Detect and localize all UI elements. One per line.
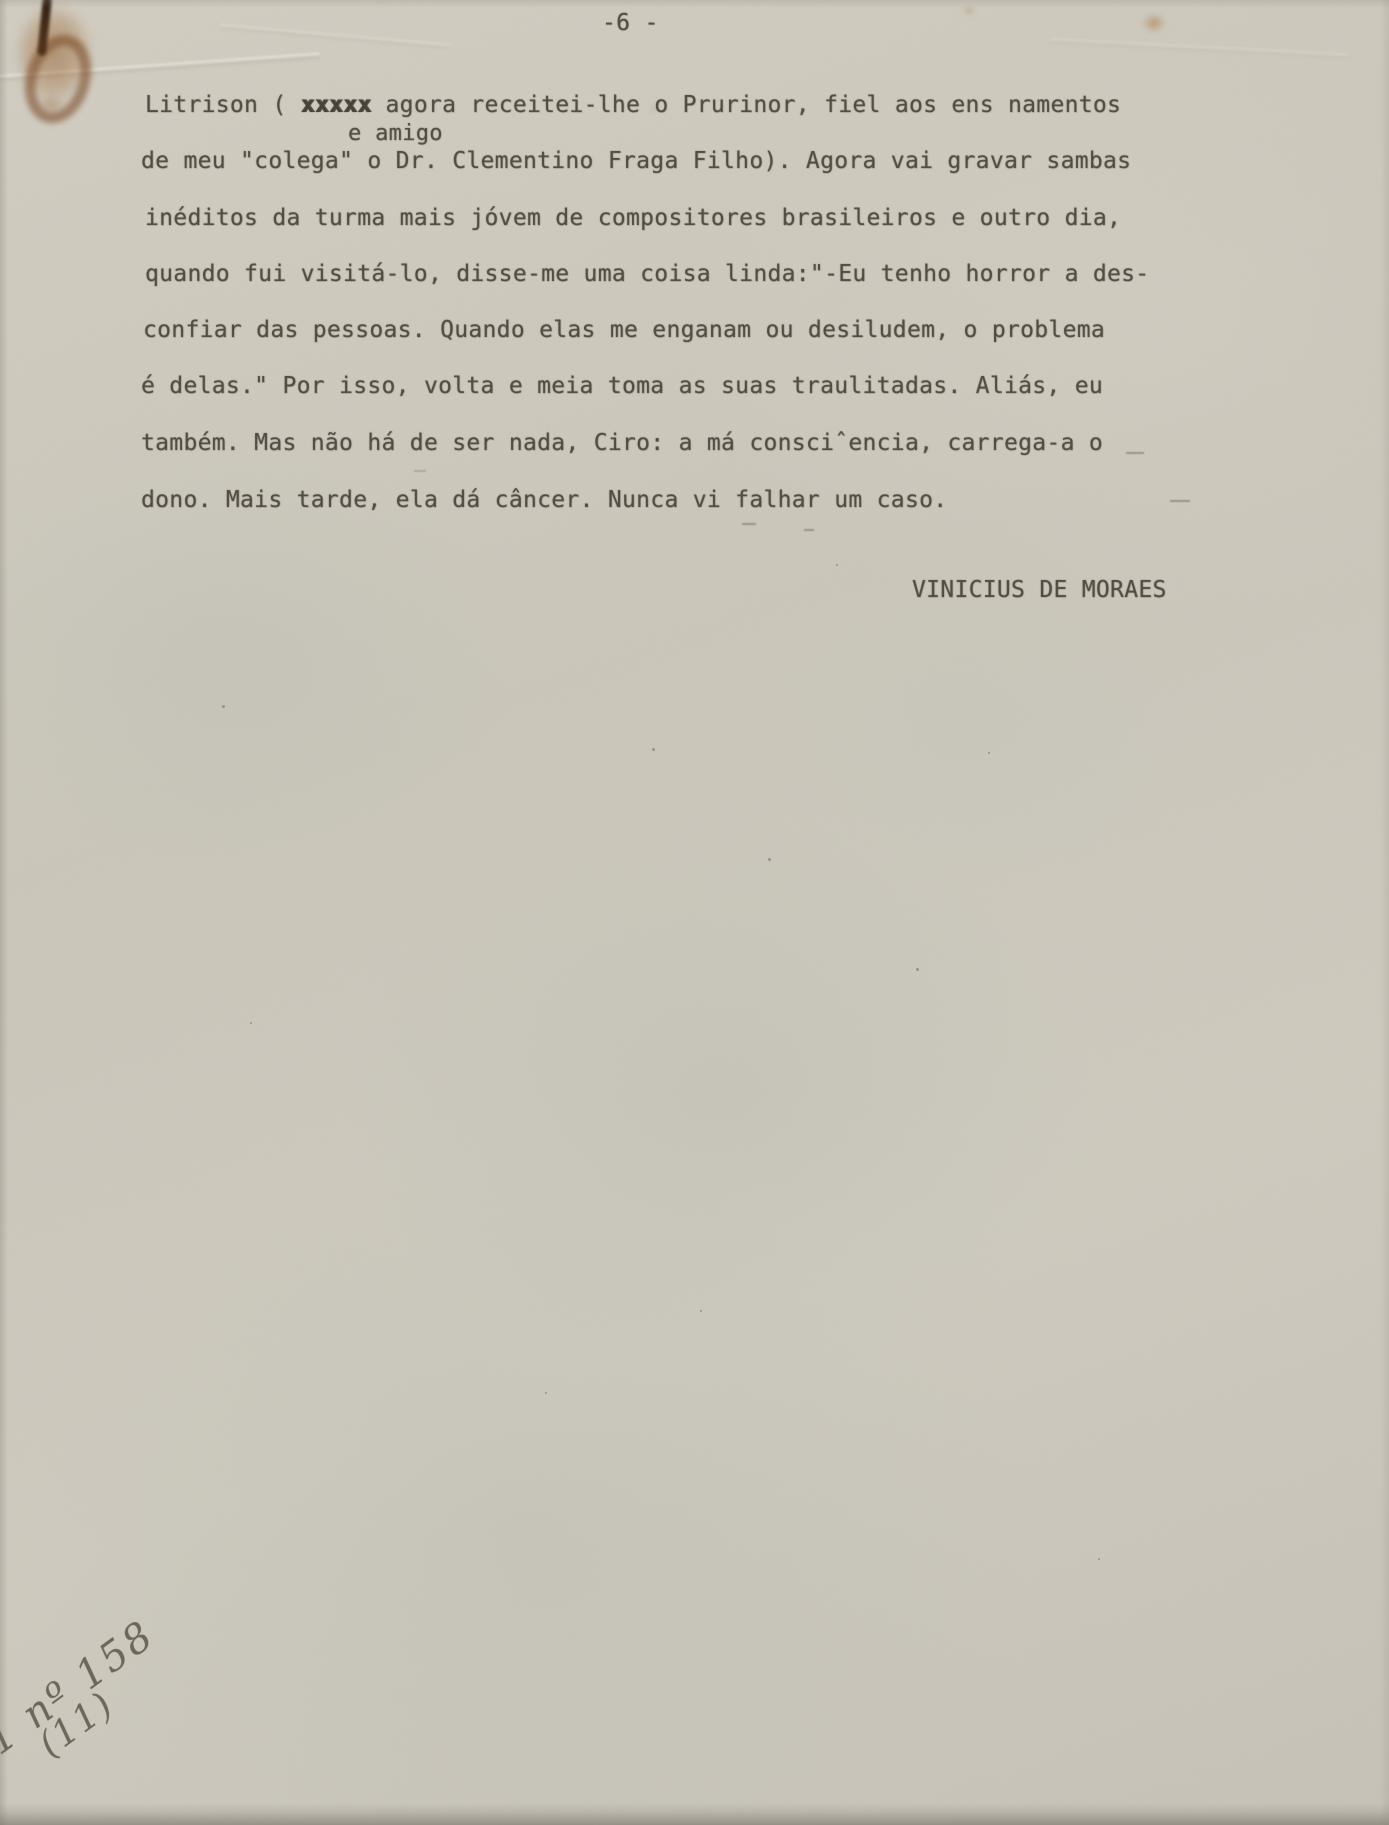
body-line-4: quando fui visitá-lo, disse-me uma coisa…	[145, 261, 1149, 287]
overstruck-text: xxxxx	[301, 92, 372, 118]
inserted-correction: e amigo	[348, 121, 443, 146]
page-bottom-edge	[0, 1803, 1389, 1825]
page-number: -6 -	[602, 10, 659, 36]
line1-pre: Litrison (	[145, 92, 301, 118]
body-line-1: Litrison ( xxxxx agora receitei-lhe o Pr…	[145, 92, 1121, 118]
paper-speck	[700, 1310, 702, 1312]
ink-stain	[4, 0, 104, 118]
paper-speck	[545, 1392, 547, 1394]
line1-post: agora receitei-lhe o Prurinor, fiel aos …	[371, 92, 1121, 118]
pencil-dash	[742, 523, 756, 525]
page-right-edge	[1380, 0, 1389, 1825]
body-line-8: dono. Mais tarde, ela dá câncer. Nunca v…	[141, 487, 947, 513]
body-line-6: é delas." Por isso, volta e meia toma as…	[141, 373, 1103, 399]
pencil-dash	[804, 529, 814, 531]
pencil-dash	[414, 470, 426, 472]
ink-stain	[15, 27, 101, 131]
pencil-dash	[1126, 452, 1144, 454]
body-line-2: de meu "colega" o Dr. Clementino Fraga F…	[141, 148, 1131, 174]
paper-speck	[250, 1022, 252, 1024]
paper-speck	[768, 858, 771, 861]
rust-spot	[960, 4, 978, 17]
paper-crease	[0, 52, 320, 78]
paper-crease	[220, 24, 449, 46]
page-left-edge	[0, 0, 8, 1825]
ink-stain	[37, 0, 52, 56]
paper-speck	[1098, 1558, 1100, 1560]
body-line-3: inéditos da turma mais jóvem de composit…	[145, 205, 1121, 231]
paper-speck	[916, 968, 919, 971]
body-line-7: também. Mas não há de ser nada, Ciro: a …	[141, 430, 1103, 456]
paper-crease	[1050, 38, 1350, 56]
paper-speck	[222, 705, 225, 708]
page-top-edge	[0, 0, 1389, 8]
ink-stain	[30, 92, 72, 118]
pencil-dash	[1170, 500, 1190, 502]
signature: VINICIUS DE MORAES	[912, 577, 1167, 603]
typewritten-letter-page: -6 - Litrison ( xxxxx agora receitei-lhe…	[0, 0, 1389, 1825]
rust-spot	[1138, 10, 1170, 36]
paper-speck	[988, 752, 990, 754]
body-line-5: confiar das pessoas. Quando elas me enga…	[143, 317, 1105, 343]
paper-speck	[836, 564, 838, 566]
paper-speck	[652, 748, 655, 751]
handwritten-annotation: 1 nº 158 (11)	[0, 1612, 182, 1789]
